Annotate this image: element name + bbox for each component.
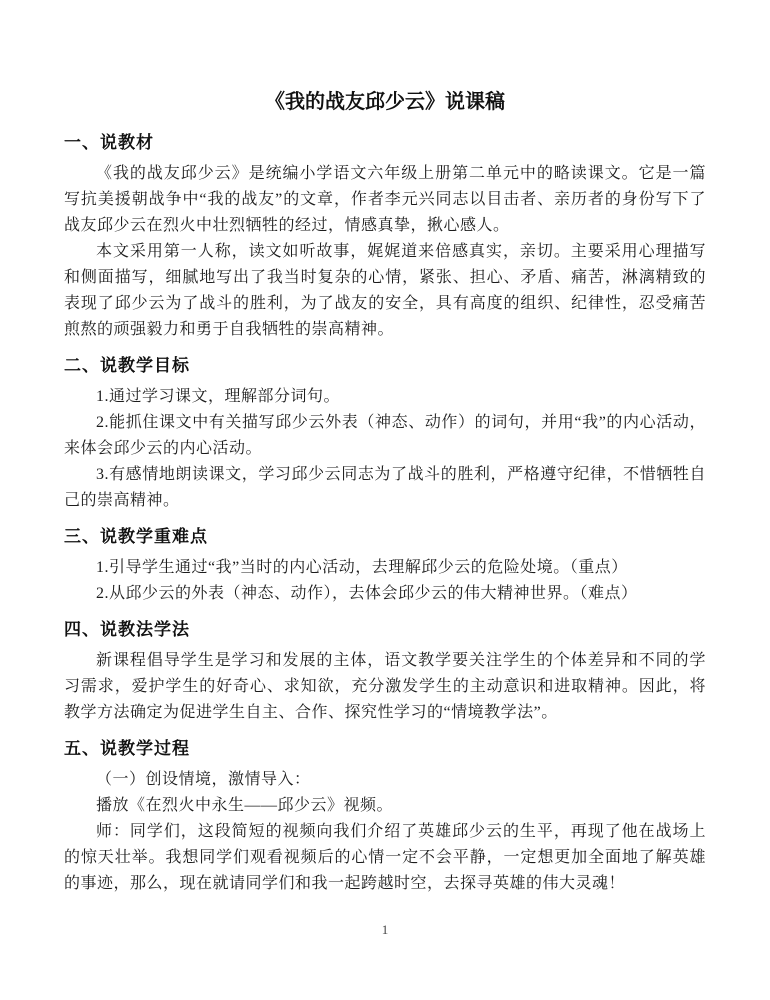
page-number: 1 (0, 922, 770, 938)
section-heading: 一、说教材 (64, 130, 706, 157)
paragraph: 师：同学们，这段简短的视频向我们介绍了英雄邱少云的生平，再现了他在战场上的惊天壮… (64, 819, 706, 897)
sections: 一、说教材《我的战友邱少云》是统编小学语文六年级上册第二单元中的略读课文。它是一… (64, 130, 706, 897)
section-heading: 五、说教学过程 (64, 736, 706, 763)
document-page: 《我的战友邱少云》说课稿 一、说教材《我的战友邱少云》是统编小学语文六年级上册第… (0, 0, 770, 1000)
paragraph: （一）创设情境，激情导入： (64, 767, 706, 793)
paragraph: 2.能抓住课文中有关描写邱少云外表（神态、动作）的词句，并用“我”的内心活动，来… (64, 410, 706, 462)
paragraph: 播放《在烈火中永生——邱少云》视频。 (64, 793, 706, 819)
paragraph: 2.从邱少云的外表（神态、动作），去体会邱少云的伟大精神世界。（难点） (64, 581, 706, 607)
paragraph: 新课程倡导学生是学习和发展的主体，语文教学要关注学生的个体差异和不同的学习需求，… (64, 648, 706, 726)
paragraph: 《我的战友邱少云》是统编小学语文六年级上册第二单元中的略读课文。它是一篇写抗美援… (64, 161, 706, 239)
section-heading: 四、说教法学法 (64, 617, 706, 644)
paragraph: 1.通过学习课文，理解部分词句。 (64, 384, 706, 410)
section-heading: 三、说教学重难点 (64, 524, 706, 551)
paragraph: 3.有感情地朗读课文，学习邱少云同志为了战斗的胜利，严格遵守纪律，不惜牺牲自己的… (64, 462, 706, 514)
paragraph: 1.引导学生通过“我”当时的内心活动，去理解邱少云的危险处境。（重点） (64, 555, 706, 581)
section-heading: 二、说教学目标 (64, 353, 706, 380)
paragraph: 本文采用第一人称，读文如听故事，娓娓道来倍感真实，亲切。主要采用心理描写和侧面描… (64, 239, 706, 343)
page-title: 《我的战友邱少云》说课稿 (64, 88, 706, 114)
